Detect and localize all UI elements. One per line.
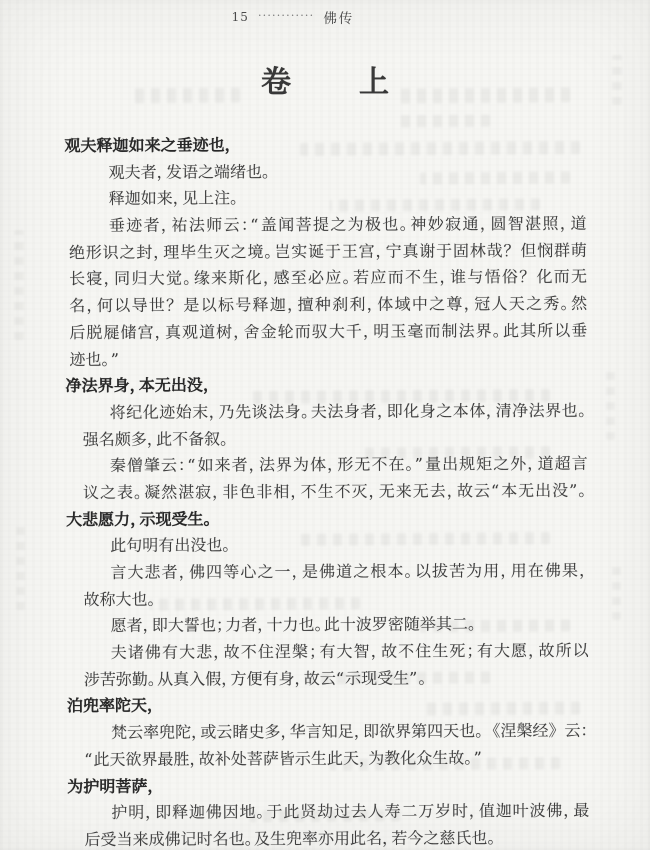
text-line: 为护明菩萨， (67, 771, 589, 800)
page-number: 15 (232, 10, 249, 24)
text-line: 愿者，即大誓也；力者，十力也。此十波罗密随举其二。 (67, 611, 589, 640)
text-line: 后脱屣储宫，真观道树，舍金轮而驭大千，明玉毫而制法界。此其所以垂 (65, 318, 587, 347)
text-line: 净法界身，本无出没， (65, 371, 587, 400)
bleed-through-smudge (14, 230, 24, 340)
chapter-title-char-second: 上 (359, 64, 389, 102)
text-line: 观夫释迦如来之垂迹也， (64, 131, 586, 160)
text-line: 涉苦弥勤。从真入假，方便有身，故云“示现受生”。 (67, 665, 589, 694)
text-line: 泊兜率陀天， (67, 691, 589, 720)
text-line: 绝形识之封，理毕生灭之境。岂实诞于王宫，宁真谢于固林哉？但悯群萌 (65, 238, 587, 267)
text-line: 此句明有出没也。 (66, 531, 588, 560)
bleed-through-smudge (400, 115, 490, 128)
text-line: 强名颇多，此不备叙。 (66, 424, 588, 453)
page-header: 15 ············ 佛传 (0, 7, 618, 27)
text-line: 故称大也。 (66, 585, 588, 614)
text-line: 后受当来成佛记时名也。及生兜率亦用此名，若今之慈氏也。 (67, 825, 589, 850)
text-line: 言大悲者，佛四等心之一，是佛道之根本。以拔苦为用，用在佛果， (66, 558, 588, 587)
text-line: 将纪化迹始末，乃先谈法身。夫法身者，即化身之本体，清净法界也。 (66, 398, 588, 427)
text-line: 观夫者，发语之端绪也。 (65, 158, 587, 187)
separator-dots: ············ (258, 9, 314, 22)
text-line: 议之表。凝然湛寂，非色非相，不生不灭，无来无去，故云“本无出没”。 (66, 478, 588, 507)
text-line: 释迦如来，见上注。 (65, 184, 587, 213)
book-page: 15 ············ 佛传 卷 上 观夫释迦如来之垂迹也，观夫者，发语… (0, 0, 650, 850)
text-line: 护明，即释迦佛因地。于此贤劫过去人寿二万岁时，值迦叶波佛，最 (67, 798, 589, 827)
text-line: 垂迹者，祐法师云：“盖闻菩提之为极也。神妙寂通，圆智湛照，道 (65, 211, 587, 240)
book-title: 佛传 (323, 7, 354, 27)
text-line: 夫诸佛有大悲，故不住涅槃；有大智，故不住生死；有大愿，故所以 (67, 638, 589, 667)
text-line: 梵云率兜陀，或云睹史多，华言知足，即欲界第四天也。《涅槃经》云： (67, 718, 589, 747)
bleed-through-smudge (16, 520, 25, 610)
text-line: 迹也。” (65, 344, 587, 373)
text-line: 秦僧肇云：“如来者，法界为体，形无不在。”量出规矩之外，道超言 (66, 451, 588, 480)
bleed-through-smudge (606, 370, 615, 440)
text-line: 名，何以导世？是以标号释迦，擅种刹利，体域中之尊，冠人天之秀。然 (65, 291, 587, 320)
body-text: 观夫释迦如来之垂迹也，观夫者，发语之端绪也。释迦如来，见上注。垂迹者，祐法师云：… (64, 131, 589, 850)
bleed-through-smudge (612, 560, 621, 620)
text-line: 大悲愿力，示现受生。 (66, 504, 588, 533)
text-line: “此天欲界最胜，故补处菩萨皆示生此天，为教化众生故。” (67, 745, 589, 774)
chapter-title-char-first: 卷 (261, 64, 291, 102)
text-line: 长寝，同归大觉。缘来斯化，感至必应。若应而不生，谁与悟俗？化而无 (65, 264, 587, 293)
chapter-title: 卷 上 (0, 64, 650, 102)
